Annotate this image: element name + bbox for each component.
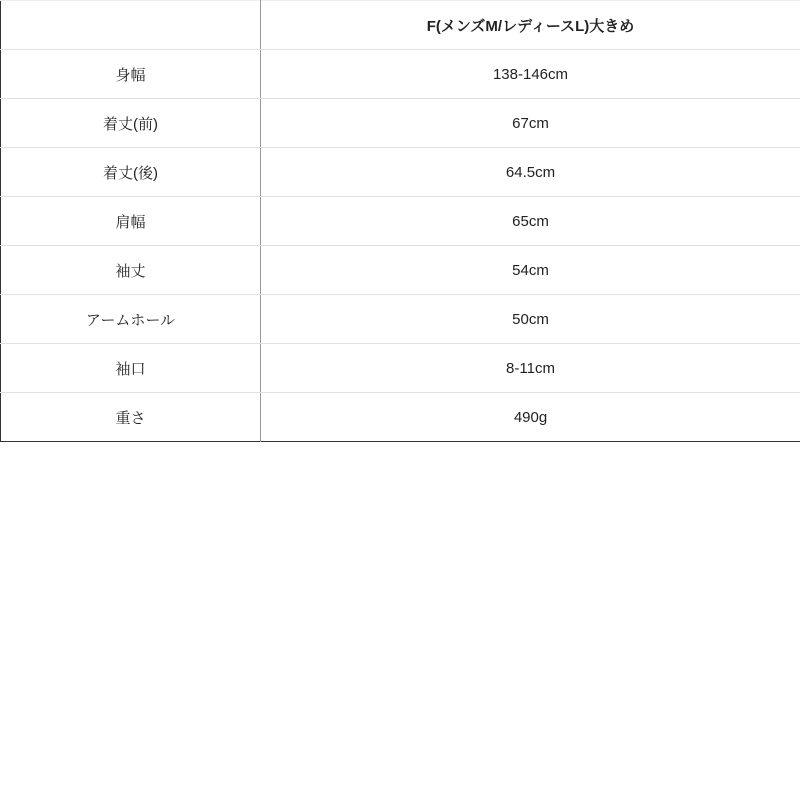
size-chart-page: F(メンズM/レディースL)大きめ 身幅 138-146cm 着丈(前) 67c…: [0, 0, 800, 800]
row-label-cell: 肩幅: [1, 197, 261, 246]
row-value-cell: 50cm: [261, 295, 800, 344]
table-row: アームホール 50cm: [1, 295, 800, 344]
row-label-cell: アームホール: [1, 295, 261, 344]
size-chart-table: F(メンズM/レディースL)大きめ 身幅 138-146cm 着丈(前) 67c…: [0, 0, 800, 442]
row-label-cell: 着丈(後): [1, 148, 261, 197]
row-label-cell: 身幅: [1, 50, 261, 99]
table-row: 着丈(後) 64.5cm: [1, 148, 800, 197]
table-row: 袖口 8-11cm: [1, 344, 800, 393]
row-label-cell: 袖口: [1, 344, 261, 393]
header-blank-cell: [1, 1, 261, 50]
row-value-cell: 138-146cm: [261, 50, 800, 99]
row-value-cell: 64.5cm: [261, 148, 800, 197]
row-value-cell: 65cm: [261, 197, 800, 246]
table-row: 身幅 138-146cm: [1, 50, 800, 99]
row-value-cell: 54cm: [261, 246, 800, 295]
row-label-cell: 重さ: [1, 393, 261, 442]
row-value-cell: 490g: [261, 393, 800, 442]
table-row: 肩幅 65cm: [1, 197, 800, 246]
table-row: 袖丈 54cm: [1, 246, 800, 295]
row-value-cell: 67cm: [261, 99, 800, 148]
table-row: 重さ 490g: [1, 393, 800, 442]
row-label-cell: 袖丈: [1, 246, 261, 295]
table-row: 着丈(前) 67cm: [1, 99, 800, 148]
row-value-cell: 8-11cm: [261, 344, 800, 393]
header-size-cell: F(メンズM/レディースL)大きめ: [261, 1, 800, 50]
table-header-row: F(メンズM/レディースL)大きめ: [1, 1, 800, 50]
row-label-cell: 着丈(前): [1, 99, 261, 148]
